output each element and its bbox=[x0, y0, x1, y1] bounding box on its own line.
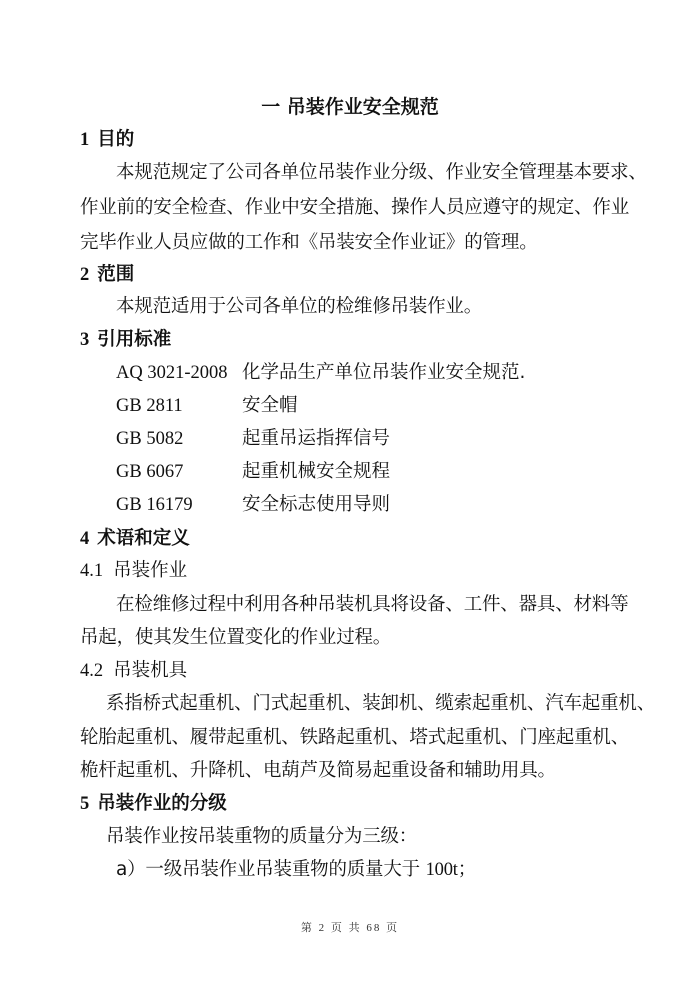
reference-item: GB 16179安全标志使用导则 bbox=[116, 493, 390, 517]
subsection-heading-4-1: 4.1吊装作业 bbox=[80, 559, 187, 583]
page-footer: 第 2 页 共 68 页 bbox=[0, 916, 700, 940]
list-item-a: a）一级吊装作业吊装重物的质量大于 100t； bbox=[116, 858, 476, 882]
section-heading-3: 3引用标准 bbox=[80, 328, 171, 352]
paragraph-line: 轮胎起重机、履带起重机、铁路起重机、塔式起重机、门座起重机、 bbox=[80, 726, 629, 750]
document-title: 一 吊装作业安全规范 bbox=[0, 95, 700, 119]
paragraph-line: 吊装作业按吊装重物的质量分为三级： bbox=[106, 825, 417, 849]
section-heading-5: 5吊装作业的分级 bbox=[80, 792, 227, 816]
section-heading-4: 4术语和定义 bbox=[80, 527, 190, 551]
reference-item: AQ 3021-2008化学品生产单位吊装作业安全规范. bbox=[116, 361, 525, 385]
paragraph-line: 桅杆起重机、升降机、电葫芦及简易起重设备和辅助用具。 bbox=[80, 759, 556, 783]
document-page: 一 吊装作业安全规范 1目的 本规范规定了公司各单位吊装作业分级、作业安全管理基… bbox=[0, 0, 700, 990]
paragraph-line: 完毕作业人员应做的工作和《吊装安全作业证》的管理。 bbox=[80, 231, 538, 255]
subsection-heading-4-2: 4.2吊装机具 bbox=[80, 659, 187, 683]
paragraph-line: 本规范适用于公司各单位的检维修吊装作业。 bbox=[116, 295, 482, 319]
paragraph-line: 吊起，使其发生位置变化的作业过程。 bbox=[80, 626, 391, 650]
reference-item: GB 5082起重吊运指挥信号 bbox=[116, 427, 390, 451]
paragraph-line: 在检维修过程中利用各种吊装机具将设备、工件、器具、材料等 bbox=[116, 593, 628, 617]
reference-item: GB 2811安全帽 bbox=[116, 394, 298, 418]
paragraph-line: 系指桥式起重机、门式起重机、装卸机、缆索起重机、汽车起重机、 bbox=[106, 692, 655, 716]
reference-item: GB 6067起重机械安全规程 bbox=[116, 460, 390, 484]
paragraph-line: 作业前的安全检查、作业中安全措施、操作人员应遵守的规定、作业 bbox=[80, 196, 629, 220]
paragraph-line: 本规范规定了公司各单位吊装作业分级、作业安全管理基本要求、 bbox=[116, 161, 647, 185]
section-heading-2: 2范围 bbox=[80, 263, 134, 287]
section-heading-1: 1目的 bbox=[80, 128, 134, 152]
